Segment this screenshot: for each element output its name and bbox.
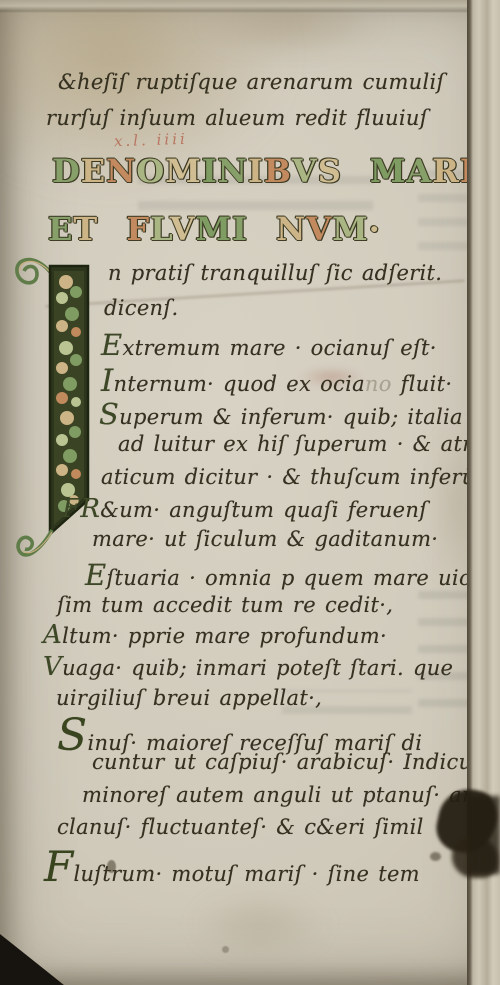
body-line: FR&um· anguſtum quaſi feruenſ [62,494,427,524]
body-line: ad luitur ex hiſ ſuperum · & atri [118,432,480,456]
line-text: &um· anguſtum quaſi feruenſ [100,498,427,522]
line-initial: E [101,328,122,362]
line-text: nternum· quod ex ocia [114,372,365,396]
chapter-heading-line-2: ET FLVMI NVM· [48,210,381,248]
line-initial: S [99,397,119,431]
line-text: rurſuſ inſuum alueum redit fluuiuſ [46,106,428,130]
line-text: ſtuaria · omnia p quem mare uiciſ [106,566,486,590]
line-text: clanuſ· fluctuanteſ· & c&eri ſimil [57,815,424,839]
body-line: Fluſtrum· motuſ mariſ · ſine tem [44,842,420,891]
parchment-page: &heſiſ ruptiſque arenarum cumuliſ rurſuſ… [0,0,500,985]
line-initial: V [43,652,62,682]
ink-speck [222,946,229,953]
body-line: Vuaga· quib; inmari poteſt ſtari. que [43,652,453,682]
line-initial: E [85,558,106,592]
manuscript-photo: &heſiſ ruptiſque arenarum cumuliſ rurſuſ… [0,0,500,985]
body-line: Superum & inferum· quib; italia [99,397,463,431]
line-text: ltum· pprie mare profundum· [62,624,387,648]
chapter-heading-line-1: DENOMINIBVS MARIS [52,152,500,190]
line-initial: FR [62,494,100,524]
line-text: aticum dicitur · & thuſcum inferū; [101,465,483,489]
body-line: mare· ut ſiculum & gaditanum· [92,527,438,551]
body-line: ſim tum accedit tum re cedit·, [57,593,393,617]
page-top-edge [0,0,467,13]
line-text: n pratiſ tranquilluſ ſic adſerit. [108,261,442,285]
line-text: uirgiliuſ breui appellat·, [56,686,322,710]
line-text: dicenſ. [104,296,178,320]
line-initial: A [43,620,62,650]
line-text: cuntur ut caſpiuſ· arabicuſ· Indicuſ [92,750,480,774]
faded-text: no [365,372,392,396]
line-text: xtremum mare · ocianuſ eſt· [122,336,436,360]
body-line: n pratiſ tranquilluſ ſic adſerit. [108,261,442,285]
line-text: uaga· quib; inmari poteſt ſtari. que [62,656,453,680]
line-text: ad luitur ex hiſ ſuperum · & atri [118,432,480,456]
decorated-initial-I [10,248,102,578]
book-fore-edge [467,0,500,985]
body-line: Extremum mare · ocianuſ eſt· [101,328,437,362]
body-line: &heſiſ ruptiſque arenarum cumuliſ [58,70,445,94]
line-text: minoreſ autem anguli ut ptanuſ· ami [82,783,489,807]
line-initial: S [57,710,87,761]
body-line: Eſtuaria · omnia p quem mare uiciſ [85,558,486,592]
body-line: uirgiliuſ breui appellat·, [56,686,322,710]
stain-bottom-center [190,890,330,960]
body-line: Internum· quod ex ociano fluit· [101,363,452,399]
line-initial: I [101,363,114,399]
line-text: ſim tum accedit tum re cedit·, [57,593,393,617]
body-line: minoreſ autem anguli ut ptanuſ· ami [82,783,489,807]
line-text: fluit· [392,372,453,396]
line-text: luſtrum· motuſ mariſ · ſine tem [73,862,419,886]
body-line: cuntur ut caſpiuſ· arabicuſ· Indicuſ [92,750,480,774]
line-text: &heſiſ ruptiſque arenarum cumuliſ [58,70,445,94]
body-line: dicenſ. [104,296,178,320]
marginal-note: x.l. iiii [114,130,188,151]
body-line: Altum· pprie mare profundum· [43,620,387,650]
line-initial: F [44,842,73,891]
body-line: aticum dicitur · & thuſcum inferū; [101,465,483,489]
line-text: mare· ut ſiculum & gaditanum· [92,527,438,551]
line-text: uperum & inferum· quib; italia [119,405,463,429]
body-line: clanuſ· fluctuanteſ· & c&eri ſimil [57,815,424,839]
body-line: rurſuſ inſuum alueum redit fluuiuſ [46,106,428,130]
